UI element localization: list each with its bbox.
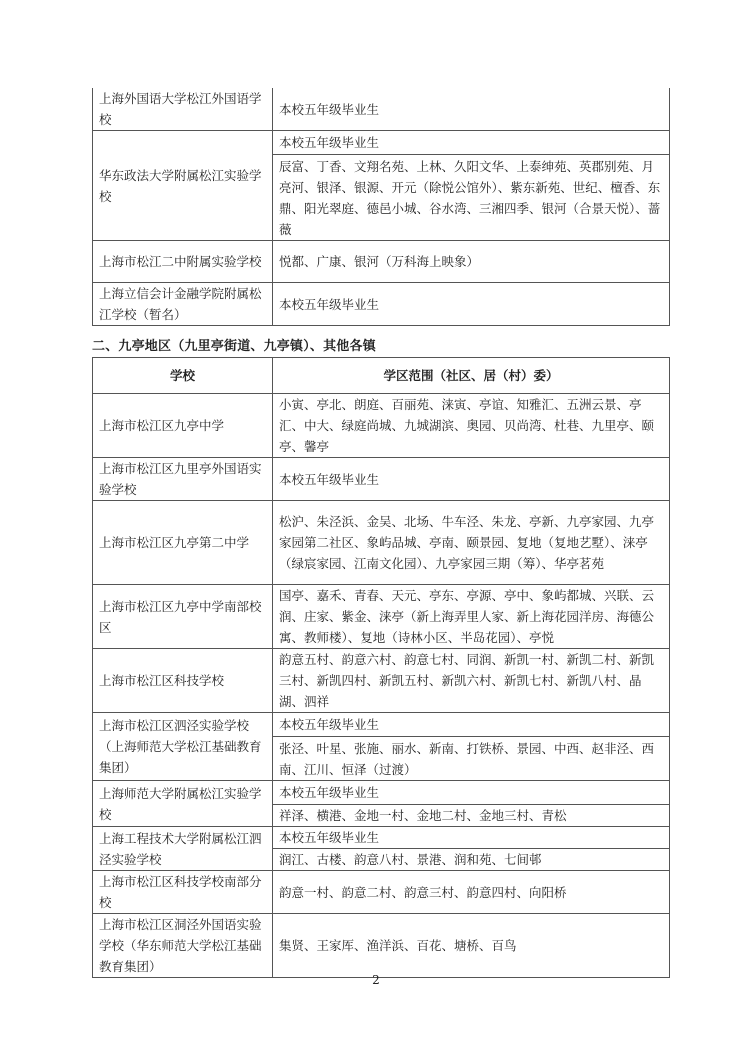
school-name: 上海市松江区九亭第二中学 <box>93 501 273 585</box>
district-range: 祥泽、横港、金地一村、金地二村、金地三村、青松 <box>273 805 670 827</box>
district-range: 韵意一村、韵意二村、韵意三村、韵意四村、向阳桥 <box>273 871 670 914</box>
school-name: 上海市松江区九里亭外国语实验学校 <box>93 458 273 501</box>
table-row: 上海市松江区科技学校南部分校 韵意一村、韵意二村、韵意三村、韵意四村、向阳桥 <box>93 871 670 914</box>
school-name: 上海市松江二中附属实验学校 <box>93 241 273 283</box>
column-header-areas: 学区范围（社区、居（村）委） <box>273 358 670 394</box>
district-range: 悦都、广康、银河（万科海上映象） <box>273 241 670 283</box>
district-range: 国亭、嘉禾、青春、天元、亭东、亭源、亭中、象屿都城、兴联、云润、庄家、紫金、涞亭… <box>273 585 670 649</box>
table-row: 上海外国语大学松江外国语学校 本校五年级毕业生 <box>93 88 670 131</box>
district-range: 松沪、朱泾浜、金吴、北场、牛车泾、朱龙、亭新、九亭家园、九亭家园第二社区、象屿品… <box>273 501 670 585</box>
district-range: 本校五年级毕业生 <box>273 131 670 155</box>
district-range: 小寅、亭北、朗庭、百丽苑、涞寅、亭谊、知雅汇、五洲云景、亭汇、中大、绿庭尚城、九… <box>273 394 670 458</box>
table-row: 上海师范大学附属松江实验学校 本校五年级毕业生 <box>93 781 670 805</box>
section-heading: 二、九亭地区（九里亭街道、九亭镇）、其他各镇 <box>92 335 376 354</box>
school-name: 华东政法大学附属松江实验学校 <box>93 131 273 241</box>
table-row: 上海市松江区洞泾外国语实验学校（华东师范大学松江基础教育集团） 集贤、王家厍、渔… <box>93 914 670 978</box>
district-range: 润江、古楼、韵意八村、景港、润和苑、七间邨 <box>273 849 670 871</box>
district-range: 本校五年级毕业生 <box>273 781 670 805</box>
table-row: 华东政法大学附属松江实验学校 本校五年级毕业生 <box>93 131 670 155</box>
district-range: 韵意五村、韵意六村、韵意七村、同润、新凯一村、新凯二村、新凯三村、新凯四村、新凯… <box>273 649 670 713</box>
district-range: 本校五年级毕业生 <box>273 458 670 501</box>
school-name: 上海市松江区九亭中学 <box>93 394 273 458</box>
school-name: 上海立信会计金融学院附属松江学校（暂名） <box>93 283 273 326</box>
table-row: 上海市松江二中附属实验学校 悦都、广康、银河（万科海上映象） <box>93 241 670 283</box>
school-name: 上海市松江区科技学校南部分校 <box>93 871 273 914</box>
school-name: 上海工程技术大学附属松江泗泾实验学校 <box>93 827 273 871</box>
school-name: 上海市松江区洞泾外国语实验学校（华东师范大学松江基础教育集团） <box>93 914 273 978</box>
district-range: 集贤、王家厍、渔洋浜、百花、塘桥、百鸟 <box>273 914 670 978</box>
district-range: 本校五年级毕业生 <box>273 827 670 849</box>
table-row: 上海工程技术大学附属松江泗泾实验学校 本校五年级毕业生 <box>93 827 670 849</box>
school-name: 上海师范大学附属松江实验学校 <box>93 781 273 827</box>
table-row: 上海立信会计金融学院附属松江学校（暂名） 本校五年级毕业生 <box>93 283 670 326</box>
school-name: 上海市松江区九亭中学南部校区 <box>93 585 273 649</box>
school-district-table-continued: 上海外国语大学松江外国语学校 本校五年级毕业生 华东政法大学附属松江实验学校 本… <box>92 88 670 326</box>
district-range: 本校五年级毕业生 <box>273 88 670 131</box>
district-range: 张泾、叶星、张施、丽水、新南、打铁桥、景园、中西、赵非泾、西南、江川、恒泽（过渡… <box>273 737 670 781</box>
school-name: 上海外国语大学松江外国语学校 <box>93 88 273 131</box>
table-row: 上海市松江区泗泾实验学校（上海师范大学松江基础教育集团） 本校五年级毕业生 <box>93 713 670 737</box>
page-number: 2 <box>0 973 752 987</box>
table-row: 上海市松江区九亭中学南部校区 国亭、嘉禾、青春、天元、亭东、亭源、亭中、象屿都城… <box>93 585 670 649</box>
district-range: 本校五年级毕业生 <box>273 713 670 737</box>
district-range: 本校五年级毕业生 <box>273 283 670 326</box>
table-row: 上海市松江区科技学校 韵意五村、韵意六村、韵意七村、同润、新凯一村、新凯二村、新… <box>93 649 670 713</box>
district-range: 辰富、丁香、文翔名苑、上林、久阳文华、上泰绅苑、英郡别苑、月亮河、银泽、银源、开… <box>273 155 670 241</box>
school-district-table: 学校 学区范围（社区、居（村）委） 上海市松江区九亭中学 小寅、亭北、朗庭、百丽… <box>92 357 670 978</box>
table-row: 上海市松江区九里亭外国语实验学校 本校五年级毕业生 <box>93 458 670 501</box>
table-row: 上海市松江区九亭第二中学 松沪、朱泾浜、金吴、北场、牛车泾、朱龙、亭新、九亭家园… <box>93 501 670 585</box>
table-header-row: 学校 学区范围（社区、居（村）委） <box>93 358 670 394</box>
column-header-school: 学校 <box>93 358 273 394</box>
school-name: 上海市松江区科技学校 <box>93 649 273 713</box>
school-name: 上海市松江区泗泾实验学校（上海师范大学松江基础教育集团） <box>93 713 273 781</box>
table-row: 上海市松江区九亭中学 小寅、亭北、朗庭、百丽苑、涞寅、亭谊、知雅汇、五洲云景、亭… <box>93 394 670 458</box>
